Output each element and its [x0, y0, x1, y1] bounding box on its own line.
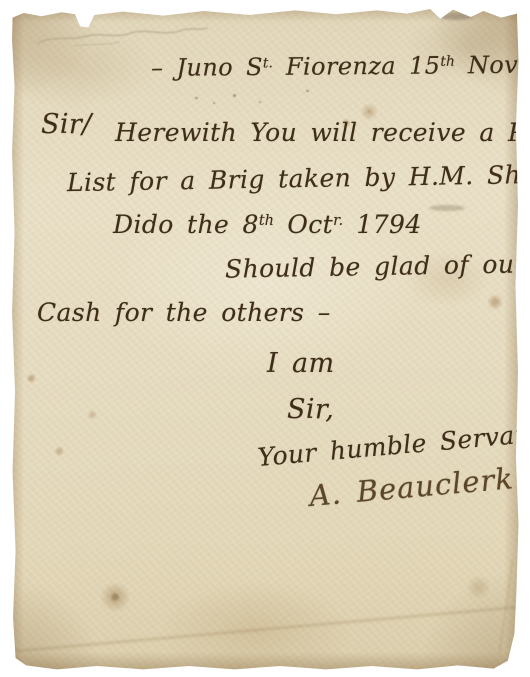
- body-line-3: Dido the 8th Octr. 1794: [113, 211, 422, 239]
- ink-speck: [195, 97, 198, 99]
- edge-smudge: [439, 13, 473, 20]
- paper-edge-shading: [11, 7, 519, 670]
- scanned-letter-photo: – Juno St. Fiorenza 15th Nov: 1794 Sir/ …: [0, 0, 530, 677]
- dateline: – Juno St. Fiorenza 15th Nov: 1794: [151, 51, 530, 81]
- ink-smudge: [429, 205, 465, 211]
- closing-sir: Sir,: [287, 395, 334, 425]
- faint-pencil-inscription-icon: [35, 21, 210, 53]
- ink-speck: [213, 102, 215, 104]
- letter-paper: – Juno St. Fiorenza 15th Nov: 1794 Sir/ …: [11, 7, 519, 670]
- salutation: Sir/: [41, 110, 92, 140]
- ink-speck: [306, 90, 309, 92]
- body-line-1: Herewith You will receive a Prize: [115, 119, 530, 147]
- ink-speck: [259, 101, 261, 103]
- ink-speck: [233, 94, 236, 97]
- body-line-4: Should be glad of our: [225, 250, 527, 283]
- body-line-5: Cash for the others –: [37, 299, 331, 327]
- closing-i-am: I am: [267, 349, 335, 379]
